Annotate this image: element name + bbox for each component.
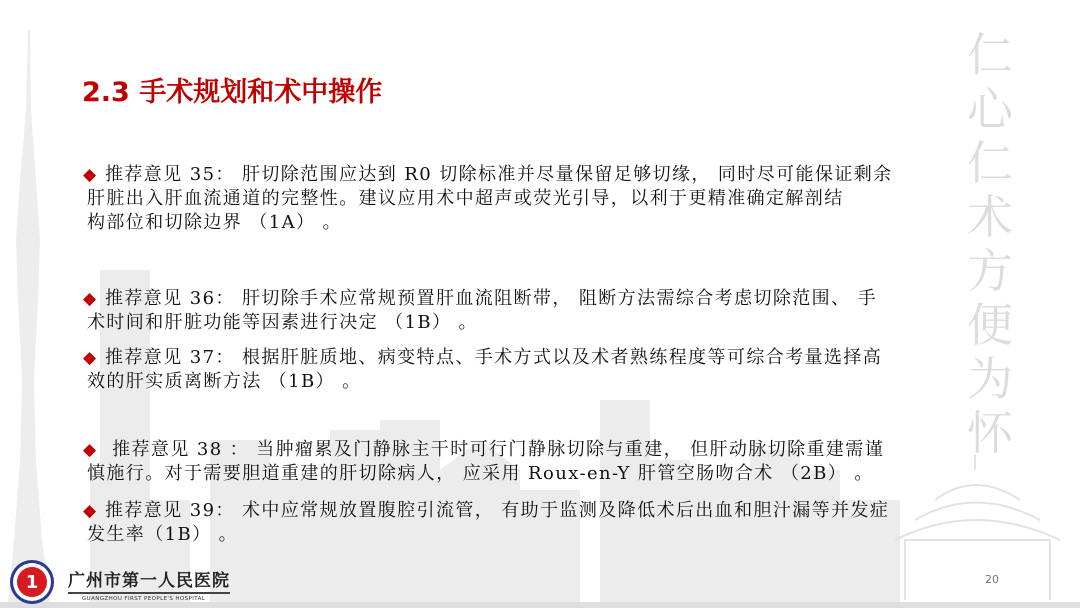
hospital-logo-icon: 1 <box>10 560 54 604</box>
recommendation-text: 推荐意见 35： 肝切除范围应达到 R0 切除标准并尽量保留足够切缘， 同时尽可… <box>105 164 893 185</box>
diamond-bullet-icon: ◆ <box>83 499 103 523</box>
diamond-bullet-icon: ◆ <box>83 163 103 187</box>
diamond-bullet-icon: ◆ <box>83 287 103 311</box>
recommendation-text: 肝脏出入肝血流通道的完整性。建议应用术中超声或荧光引导，以利于更精准确定解剖结 <box>83 187 993 211</box>
recommendation-text: 慎施行。对于需要胆道重建的肝切除病人， 应采用 Roux-en-Y 肝管空肠吻合… <box>83 462 993 486</box>
hospital-name: 广州市第一人民医院 GUANGZHOU FIRST PEOPLE'S HOSPI… <box>68 566 230 602</box>
slide: 仁 心 仁 术 方 便 为 怀 2.3 手术规划和术中操作 ◆推荐意见 35： … <box>0 0 1080 608</box>
watermark-char: 仁 <box>967 28 1013 82</box>
recommendation-text: 推荐意见 38 ： 当肿瘤累及门静脉主干时可行门静脉切除与重建， 但肝动脉切除重… <box>105 439 884 460</box>
diamond-bullet-icon: ◆ <box>83 346 103 370</box>
hospital-name-en: GUANGZHOU FIRST PEOPLE'S HOSPITAL <box>68 596 230 602</box>
recommendation-36: ◆推荐意见 36： 肝切除手术应常规预置肝血流阻断带， 阻断方法需综合考虑切除范… <box>83 287 993 335</box>
recommendation-text: 推荐意见 37： 根据肝脏质地、病变特点、手术方式以及术者熟练程度等可综合考量选… <box>105 347 882 368</box>
recommendation-text: 术时间和肝脏功能等因素进行决定 （1B） 。 <box>83 311 993 335</box>
recommendation-38: ◆ 推荐意见 38 ： 当肿瘤累及门静脉主干时可行门静脉切除与重建， 但肝动脉切… <box>83 438 993 486</box>
page-number: 20 <box>985 573 999 586</box>
recommendation-text: 推荐意见 39： 术中应常规放置腹腔引流管， 有助于监测及降低术后出血和胆汁漏等… <box>105 500 889 521</box>
recommendation-text: 效的肝实质离断方法 （1B） 。 <box>83 370 993 394</box>
logo-glyph: 1 <box>17 567 47 597</box>
recommendation-text: 构部位和切除边界 （1A） 。 <box>83 211 993 235</box>
recommendation-37: ◆推荐意见 37： 根据肝脏质地、病变特点、手术方式以及术者熟练程度等可综合考量… <box>83 346 993 394</box>
hospital-name-cn: 广州市第一人民医院 <box>68 566 230 594</box>
diamond-bullet-icon: ◆ <box>83 438 103 462</box>
recommendation-text: 推荐意见 36： 肝切除手术应常规预置肝血流阻断带， 阻断方法需综合考虑切除范围… <box>105 288 877 309</box>
footer-bar <box>0 602 1080 608</box>
recommendation-35: ◆推荐意见 35： 肝切除范围应达到 R0 切除标准并尽量保留足够切缘， 同时尽… <box>83 163 993 235</box>
recommendation-text: 发生率（1B） 。 <box>83 523 993 547</box>
recommendation-39: ◆推荐意见 39： 术中应常规放置腹腔引流管， 有助于监测及降低术后出血和胆汁漏… <box>83 499 993 547</box>
calligraphy-watermark: 仁 心 仁 术 方 便 为 怀 <box>958 28 1022 460</box>
watermark-char: 心 <box>967 82 1013 136</box>
slide-title: 2.3 手术规划和术中操作 <box>82 70 382 109</box>
